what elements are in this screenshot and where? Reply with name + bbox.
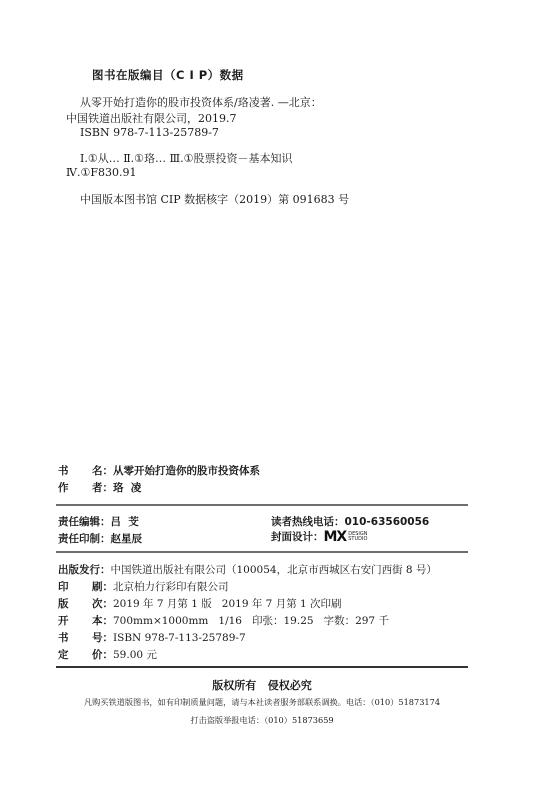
print-value: 北京柏力行彩印有限公司 <box>113 581 229 593</box>
edition-value: 2019 年 7 月第 1 版 2019 年 7 月第 1 次印刷 <box>113 598 342 610</box>
price-value: 59.00 元 <box>113 649 157 661</box>
divider-1 <box>56 504 468 506</box>
isbn-value: ISBN 978-7-113-25789-7 <box>113 632 246 644</box>
printer-row: 责任印制：赵星辰 <box>58 531 142 546</box>
printer-label: 责任印制： <box>58 533 111 545</box>
copyright-notice: 版权所有 侵权必究 <box>56 677 468 693</box>
author-row: 作者：珞 凌 <box>58 480 141 495</box>
author-value: 珞 凌 <box>113 482 141 494</box>
price-row: 定价：59.00 元 <box>58 647 157 662</box>
cip-line-classification: Ⅰ.①从… Ⅱ.①珞… Ⅲ.①股票投资－基本知识 <box>80 150 293 166</box>
book-title-label-2: 名： <box>92 465 113 477</box>
piracy-hotline: 打击盗版举报电话：（010）51873659 <box>56 715 468 726</box>
divider-3 <box>56 666 468 668</box>
cip-title: 图书在版编目（C I P）数据 <box>92 67 244 83</box>
cover-design-row: 封面设计：MXDESIGNSTUDIO <box>271 529 368 545</box>
logo-mark: MX <box>324 529 347 545</box>
format-label-1: 开 <box>58 613 92 628</box>
publisher-label: 出版发行： <box>58 564 111 576</box>
divider-2 <box>56 551 468 553</box>
cip-line-isbn: ISBN 978-7-113-25789-7 <box>80 126 219 139</box>
logo-sub-studio: STUDIO <box>348 537 367 543</box>
print-label-1: 印 <box>58 579 92 594</box>
hotline-value: 010-63560056 <box>345 516 430 528</box>
publisher-row: 出版发行：中国铁道出版社有限公司（100054，北京市西城区右安门西街 8 号） <box>58 562 437 577</box>
author-label-2: 者： <box>92 482 113 494</box>
format-row: 开本：700mm×1000mm 1/16 印张：19.25 字数：297 千 <box>58 613 389 628</box>
price-label-1: 定 <box>58 647 92 662</box>
editor-row: 责任编辑：吕 芠 <box>58 514 139 529</box>
cip-line-classification-code: Ⅳ.①F830.91 <box>66 166 136 179</box>
isbn-label-2: 号： <box>92 632 113 644</box>
editor-value: 吕 芠 <box>111 516 139 528</box>
printer-value: 赵星辰 <box>111 533 143 545</box>
format-value: 700mm×1000mm 1/16 印张：19.25 字数：297 千 <box>113 615 389 627</box>
cip-line-1: 从零开始打造你的股市投资体系/珞凌著. —北京： <box>80 94 322 110</box>
print-row: 印刷：北京柏力行彩印有限公司 <box>58 579 229 594</box>
editor-label: 责任编辑： <box>58 516 111 528</box>
mx-design-studio-logo: MXDESIGNSTUDIO <box>324 529 368 545</box>
format-label-2: 本： <box>92 615 113 627</box>
author-label-1: 作 <box>58 480 92 495</box>
edition-row: 版次：2019 年 7 月第 1 版 2019 年 7 月第 1 次印刷 <box>58 596 342 611</box>
book-title-label-1: 书 <box>58 463 92 478</box>
edition-label-1: 版 <box>58 596 92 611</box>
publisher-value: 中国铁道出版社有限公司（100054，北京市西城区右安门西街 8 号） <box>111 564 437 576</box>
cip-line-2: 中国铁道出版社有限公司，2019.7 <box>66 110 237 126</box>
isbn-label-1: 书 <box>58 630 92 645</box>
quality-notice: 凡购买铁道版图书，如有印制质量问题，请与本社读者服务部联系调换。电话：（010）… <box>56 697 468 708</box>
price-label-2: 价： <box>92 649 113 661</box>
book-title-value: 从零开始打造你的股市投资体系 <box>113 465 260 477</box>
book-title-row: 书名：从零开始打造你的股市投资体系 <box>58 463 260 478</box>
isbn-row: 书号：ISBN 978-7-113-25789-7 <box>58 630 246 645</box>
edition-label-2: 次： <box>92 598 113 610</box>
cip-line-record-number: 中国版本图书馆 CIP 数据核字（2019）第 091683 号 <box>80 191 349 207</box>
hotline-row: 读者热线电话：010-63560056 <box>271 514 429 529</box>
print-label-2: 刷： <box>92 581 113 593</box>
cover-design-label: 封面设计： <box>271 531 324 543</box>
hotline-label: 读者热线电话： <box>271 516 345 528</box>
